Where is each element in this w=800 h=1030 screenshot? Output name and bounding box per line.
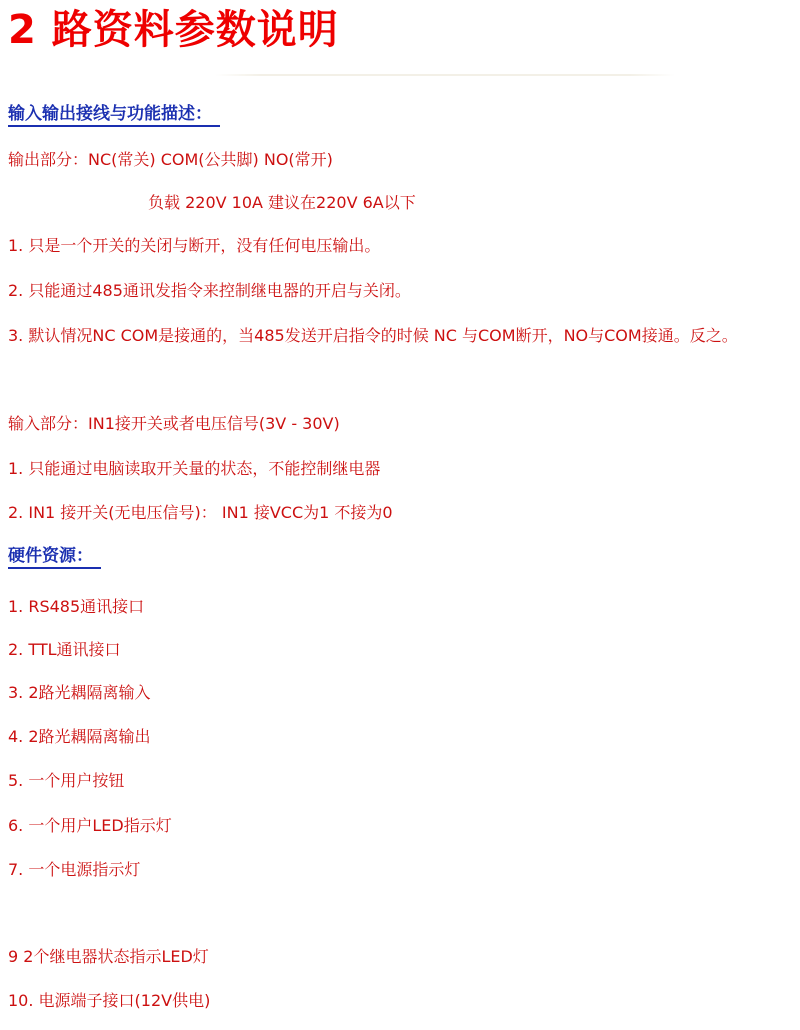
page-title: 2 路资料参数说明	[8, 4, 339, 56]
hardware-item: 3. 2路光耦隔离输入	[8, 683, 151, 703]
hardware-item: 7. 一个电源指示灯	[8, 860, 140, 880]
output-item-1: 1. 只是一个开关的关闭与断开，没有任何电压输出。	[8, 236, 380, 256]
section-heading-hardware: 硬件资源：	[8, 545, 101, 569]
faint-divider	[215, 74, 675, 76]
hardware-item: 9 2个继电器状态指示LED灯	[8, 947, 209, 967]
input-part-label: 输入部分：IN1接开关或者电压信号(3V - 30V)	[8, 414, 340, 434]
input-item-2: 2. IN1 接开关(无电压信号)： IN1 接VCC为1 不接为0	[8, 503, 393, 523]
hardware-item: 5. 一个用户按钮	[8, 771, 124, 791]
section-heading-io: 输入输出接线与功能描述：	[8, 103, 220, 127]
hardware-item: 2. TTL通讯接口	[8, 640, 121, 660]
hardware-item: 1. RS485通讯接口	[8, 597, 144, 617]
load-note: 负载 220V 10A 建议在220V 6A以下	[148, 193, 416, 213]
output-part-label: 输出部分：NC(常关) COM(公共脚) NO(常开)	[8, 150, 333, 170]
output-item-2: 2. 只能通过485通讯发指令来控制继电器的开启与关闭。	[8, 281, 411, 301]
hardware-item: 4. 2路光耦隔离输出	[8, 727, 151, 747]
hardware-item: 6. 一个用户LED指示灯	[8, 816, 172, 836]
output-item-3: 3. 默认情况NC COM是接通的，当485发送开启指令的时候 NC 与COM断…	[8, 326, 798, 346]
input-item-1: 1. 只能通过电脑读取开关量的状态，不能控制继电器	[8, 459, 380, 479]
hardware-item: 10. 电源端子接口(12V供电)	[8, 991, 210, 1011]
